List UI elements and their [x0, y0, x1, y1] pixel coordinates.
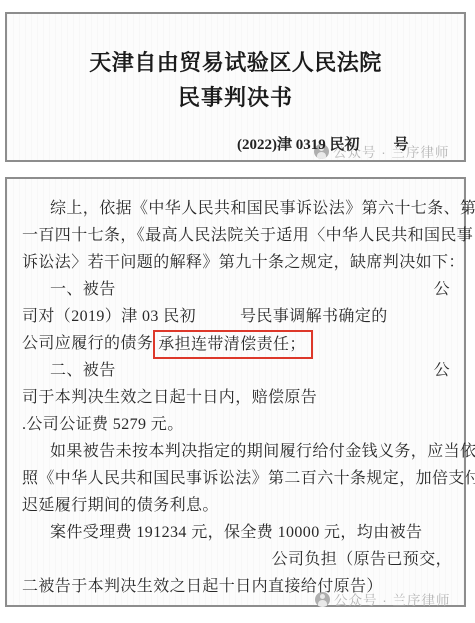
scanned-judgment-page: 天津自由贸易试验区人民法院 民事判决书 公众号 · 兰序律师 (2022)津 0… [0, 0, 475, 623]
judgment-line-2: 一百四十七条，《最高人民法院关于适用〈中华人民共和国民事 [22, 222, 452, 249]
line-text: 公司应履行的债务 [22, 335, 153, 352]
judgment-line-1: 综上，依据《中华人民共和国民事诉讼法》第六十七条、第 [22, 195, 452, 222]
line-text: 号民事调解书确定的 [240, 308, 388, 325]
judgment-line-5: 司对（2019）津 03 民初号民事调解书确定的 [22, 303, 452, 330]
line-text: 司对（2019）津 03 民初 [22, 308, 196, 325]
line-text: 综上，依据《中华人民共和国民事诉讼法》第六十七条、第 [50, 200, 475, 217]
judgment-line-12: 迟延履行期间的债务利息。 [22, 492, 452, 519]
judgment-line-7: 二、被告公 [22, 357, 452, 384]
line-text: 二、被告 [50, 357, 116, 384]
judgment-line-6: 公司应履行的债务承担连带清偿责任； [22, 330, 452, 357]
line-text: 案件受理费 191234 元，保全费 10000 元，均由被告 [50, 524, 422, 541]
judgment-line-8: 司于本判决生效之日起十日内，赔偿原告 [22, 384, 452, 411]
line-text: 公 [434, 276, 450, 303]
judgment-line-14: 公司负担（原告已预交， [22, 546, 452, 573]
court-name: 天津自由贸易试验区人民法院 [7, 46, 464, 77]
document-type-title: 民事判决书 [7, 81, 464, 112]
judgment-body-card: 综上，依据《中华人民共和国民事诉讼法》第六十七条、第一百四十七条，《最高人民法院… [5, 177, 466, 607]
line-text: 照《中华人民共和国民事诉讼法》第二百六十条规定，加倍支付 [22, 470, 475, 487]
line-text: 一、被告 [50, 276, 116, 303]
line-text: 如果被告未按本判决指定的期间履行给付金钱义务，应当依 [50, 443, 475, 460]
judgment-line-11: 照《中华人民共和国民事诉讼法》第二百六十条规定，加倍支付 [22, 465, 452, 492]
case-number: (2022)津 0319 民初号 [237, 133, 409, 154]
line-text: .公司公证费 5279 元。 [22, 416, 184, 433]
line-text: 公司负担（原告已预交， [272, 551, 452, 568]
case-number-prefix: (2022)津 0319 民初 [237, 137, 360, 153]
judgment-line-15: 二被告于本判决生效之日起十日内直接给付原告） [22, 573, 452, 600]
line-text: 一百四十七条，《最高人民法院关于适用〈中华人民共和国民事 [22, 227, 473, 244]
judgment-line-9: .公司公证费 5279 元。 [22, 411, 452, 438]
case-number-suffix: 号 [394, 137, 409, 153]
line-text: 迟延履行期间的债务利息。 [22, 497, 219, 514]
judgment-line-4: 一、被告公 [22, 276, 452, 303]
line-text: 诉讼法〉若干问题的解释》第九十条之规定，缺席判决如下： [22, 254, 465, 271]
line-text: 公 [434, 357, 450, 384]
line-text: 二被告于本判决生效之日起十日内直接给付原告） [22, 578, 383, 595]
highlighted-text: 承担连带清偿责任； [153, 330, 313, 359]
judgment-text: 综上，依据《中华人民共和国民事诉讼法》第六十七条、第一百四十七条，《最高人民法院… [22, 195, 452, 600]
line-text: 司于本判决生效之日起十日内，赔偿原告 [22, 389, 317, 406]
judgment-line-10: 如果被告未按本判决指定的期间履行给付金钱义务，应当依 [22, 438, 452, 465]
judgment-line-13: 案件受理费 191234 元，保全费 10000 元，均由被告 [22, 519, 452, 546]
judgment-line-3: 诉讼法〉若干问题的解释》第九十条之规定，缺席判决如下： [22, 249, 452, 276]
